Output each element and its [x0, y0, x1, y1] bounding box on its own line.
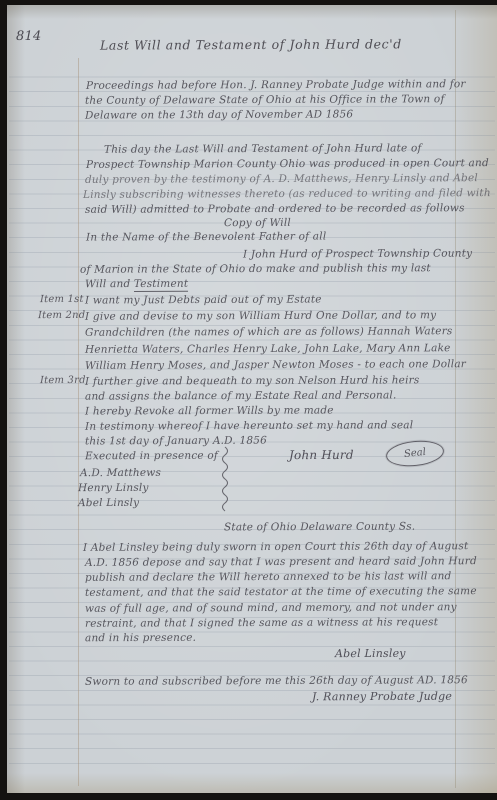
proceedings-line: Delaware on the 13th day of November AD … — [85, 108, 353, 121]
judge-signature: J. Ranney Probate Judge — [312, 690, 452, 704]
copy-of-will-heading: Copy of Will — [224, 217, 291, 229]
scanned-will-record-page: 814 Last Will and Testament of John Hurd… — [0, 0, 497, 800]
witness-signature: Abel Linsly — [78, 497, 139, 509]
item-line: Henrietta Waters, Charles Henry Lake, Jo… — [85, 342, 451, 356]
will-opening-line: of Marion in the State of Ohio do make a… — [80, 262, 431, 276]
witness-brace-squiggle — [219, 446, 231, 516]
will-opening-prefix: Will and — [85, 278, 134, 290]
item-label: Item 3rd — [40, 375, 86, 386]
affiant-signature: Abel Linsley — [335, 647, 406, 660]
probate-entry-line: Prospect Township Marion County Ohio was… — [86, 157, 489, 171]
item-line: Grandchildren (the names of which are as… — [85, 325, 453, 339]
affidavit-line: was of full age, and of sound mind, and … — [85, 601, 457, 615]
page-number: 814 — [16, 29, 41, 44]
item-line: I further give and bequeath to my son Ne… — [85, 374, 419, 387]
executed-in-presence-line: Executed in presence of — [85, 450, 218, 463]
item-line: I give and devise to my son William Hurd… — [85, 309, 436, 323]
affidavit-line: testament, and that the said testator at… — [85, 585, 477, 599]
page-crease-line — [455, 10, 456, 788]
will-opening-line: Will and Testiment — [85, 278, 188, 290]
margin-rule-line — [78, 58, 79, 786]
affidavit-line: A.D. 1856 depose and say that I was pres… — [85, 555, 477, 569]
item-line: and assigns the balance of my Estate Rea… — [85, 389, 397, 402]
page-title: Last Will and Testament of John Hurd dec… — [100, 36, 402, 52]
proceedings-line: Proceedings had before Hon. J. Ranney Pr… — [86, 78, 466, 92]
affidavit-venue: State of Ohio Delaware County Ss. — [224, 521, 415, 534]
probate-entry-line: This day the Last Will and Testament of … — [104, 142, 422, 155]
item-label: Item 2nd — [38, 310, 85, 321]
invocation-line: In the Name of the Benevolent Father of … — [86, 230, 326, 243]
affidavit-line: and in his presence. — [85, 632, 196, 644]
item-label: Item 1st — [40, 294, 84, 305]
proceedings-line: the County of Delaware State of Ohio at … — [85, 93, 445, 107]
testimonium-line: this 1st day of January A.D. 1856 — [85, 435, 267, 448]
revocation-line: I hereby Revoke all former Wills by me m… — [85, 404, 334, 417]
jurat-line: Sworn to and subscribed before me this 2… — [85, 674, 468, 688]
affidavit-line: restraint, and that I signed the same as… — [85, 616, 438, 630]
affidavit-line: I Abel Linsley being duly sworn in open … — [83, 540, 468, 554]
affidavit-line: publish and declare the Will hereto anne… — [85, 570, 451, 584]
will-opening-line: I John Hurd of Prospect Township County — [243, 247, 472, 260]
witness-signature: A.D. Matthews — [80, 467, 161, 479]
item-line: William Henry Moses, and Jasper Newton M… — [85, 358, 466, 372]
probate-entry-line: duly proven by the testimony of A. D. Ma… — [85, 172, 478, 186]
testimonium-line: In testimony whereof I have hereunto set… — [85, 419, 413, 432]
item-line: I want my Just Debts paid out of my Esta… — [85, 293, 322, 306]
testator-signature: John Hurd — [289, 448, 354, 462]
probate-entry-line: said Will) admitted to Probate and order… — [85, 202, 465, 216]
witness-signature: Henry Linsly — [78, 482, 149, 494]
probate-entry-line: Linsly subscribing witnesses thereto (as… — [83, 187, 491, 201]
testiment-word: Testiment — [134, 278, 188, 292]
